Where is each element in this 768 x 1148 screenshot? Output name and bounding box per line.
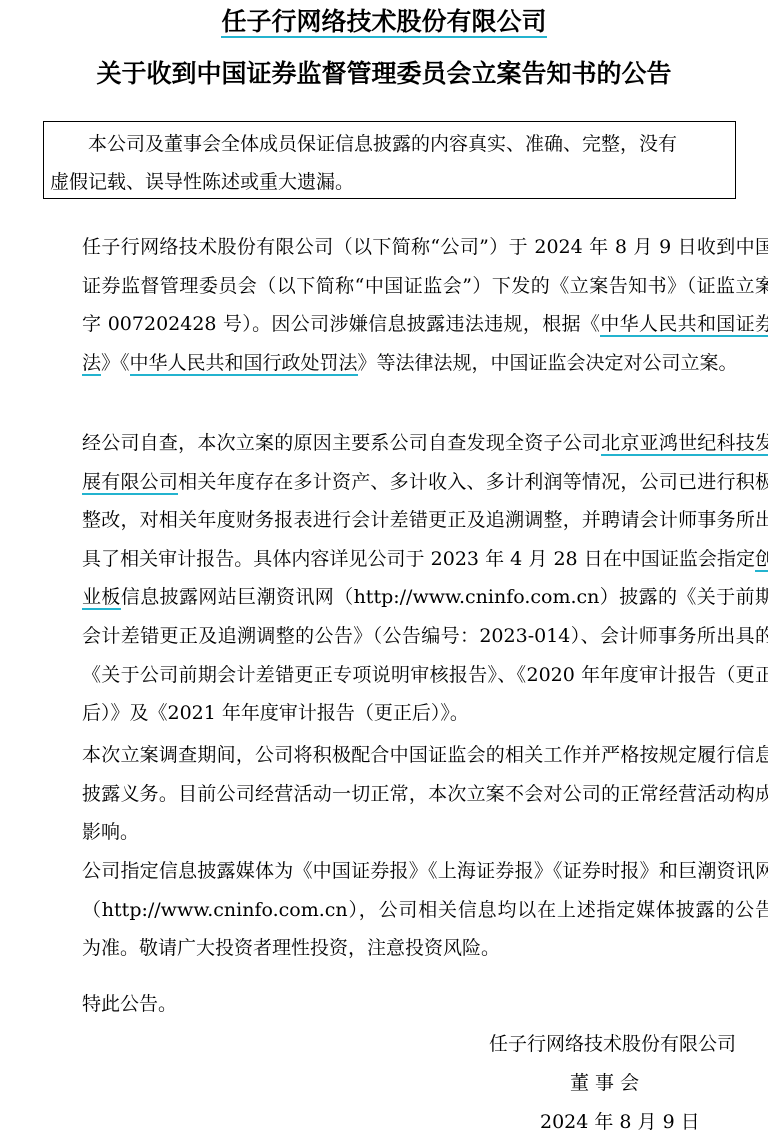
paragraph2-text-2: 相关年度存在多计资产、多计收入、多计利润等情况，公司已进行积极整改，对相关年度财… (82, 471, 768, 570)
company-title: 任子行网络技术股份有限公司 (0, 2, 768, 42)
disclaimer-box: 本公司及董事会全体成员保证信息披露的内容真实、准确、完整，没有 虚假记载、误导性… (43, 121, 736, 199)
company-title-text[interactable]: 任子行网络技术股份有限公司 (221, 7, 546, 38)
signature-date: 2024 年 8 月 9 日 (540, 1110, 700, 1134)
disclaimer-line-2: 虚假记载、误导性陈述或重大遗漏。 (50, 163, 729, 201)
closing-statement: 特此公告。 (44, 985, 768, 1024)
announcement-title: 关于收到中国证券监督管理委员会立案告知书的公告 (0, 54, 768, 94)
signature-board: 董 事 会 (570, 1071, 639, 1095)
disclaimer-line-1: 本公司及董事会全体成员保证信息披露的内容真实、准确、完整，没有 (50, 125, 729, 163)
paragraph1-text-2: 》《 (101, 352, 130, 374)
link-administrative-penalty-law[interactable]: 中华人民共和国行政处罚法 (130, 352, 358, 376)
paragraph-investigation-period: 本次立案调查期间，公司将积极配合中国证监会的相关工作并严格按规定履行信息披露义务… (44, 736, 768, 852)
paragraph-filing-notice: 任子行网络技术股份有限公司（以下简称“公司”）于 2024 年 8 月 9 日收… (44, 228, 768, 382)
paragraph2-text-1: 经公司自查，本次立案的原因主要系公司自查发现全资子公司 (82, 432, 601, 454)
paragraph2-text-3: 信息披露网站巨潮资讯网（http://www.cninfo.com.cn）披露的… (82, 586, 768, 724)
signature-company: 任子行网络技术股份有限公司 (489, 1032, 736, 1056)
paragraph-self-inspection: 经公司自查，本次立案的原因主要系公司自查发现全资子公司北京亚鸿世纪科技发展有限公… (44, 424, 768, 733)
paragraph-disclosure-media: 公司指定信息披露媒体为《中国证券报》《上海证券报》《证券时报》和巨潮资讯网（ht… (44, 852, 768, 968)
paragraph1-text-3: 》等法律法规，中国证监会决定对公司立案。 (358, 352, 738, 374)
